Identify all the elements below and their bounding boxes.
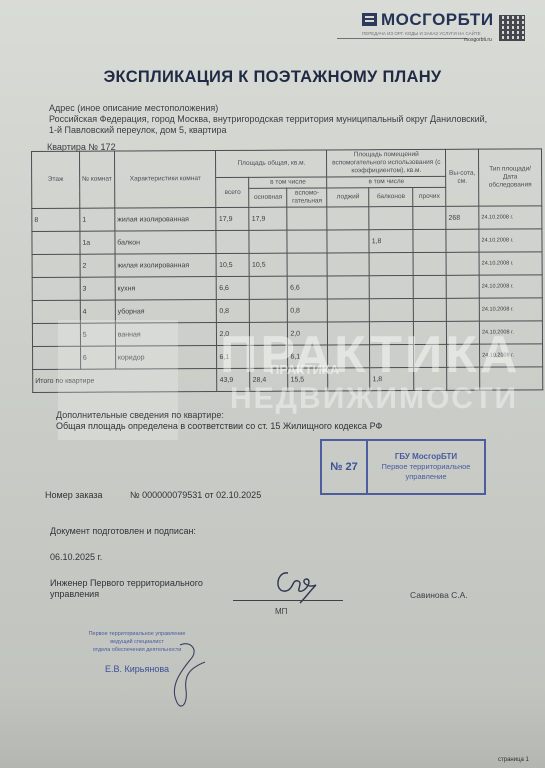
- copy-stamp-line1: Первое территориальное управление: [72, 630, 202, 638]
- cell-main: [250, 299, 288, 322]
- cell-date: 24.10.2008 г.: [480, 344, 543, 367]
- header-main: основная: [249, 188, 287, 207]
- cell-main: 17,9: [249, 207, 287, 230]
- header-incl: в том числе: [249, 177, 327, 188]
- cell-total: 6,1: [217, 345, 250, 368]
- logo-divider: [337, 38, 467, 39]
- stamp-number: № 27: [322, 441, 368, 493]
- stamp-org: ГБУ МосгорБТИ: [395, 452, 457, 462]
- cell-balcony: 1,8: [369, 230, 413, 253]
- cell-aux: 0,8: [288, 299, 328, 322]
- cell-floor: 8: [32, 208, 80, 231]
- totals-loggia: [328, 368, 370, 391]
- cell-balcony: [370, 298, 414, 321]
- totals-row: Итого по квартире 43,9 28,4 15,5 1,8: [33, 367, 543, 393]
- cell-aux: 2,0: [288, 322, 328, 345]
- cell-balcony: [369, 207, 413, 230]
- qr-code-icon: [499, 15, 525, 41]
- cell-aux: [287, 253, 327, 276]
- cell-loggia: [327, 276, 369, 299]
- cell-aux: 6,6: [288, 276, 328, 299]
- cell-date: 24.10.2008 г.: [479, 206, 542, 229]
- cell-no: 2: [80, 254, 115, 277]
- cell-desc: кухня: [115, 277, 217, 301]
- table-row: 1абалкон1,824.10.2008 г.: [32, 229, 542, 255]
- cell-aux: [287, 207, 327, 230]
- cell-desc: ванная: [115, 323, 217, 347]
- cell-desc: жилая изолированная: [115, 208, 217, 232]
- cell-total: 10,5: [217, 253, 250, 276]
- cell-other: [413, 298, 446, 321]
- cell-total: 2,0: [217, 322, 250, 345]
- cell-no: 4: [80, 300, 115, 323]
- signer-name: Савинова С.А.: [410, 590, 468, 600]
- cell-height: [446, 275, 479, 298]
- cell-height: [446, 229, 479, 252]
- header-loggia: лоджий: [327, 188, 369, 207]
- header-aux: вспомо-гательная: [287, 188, 327, 207]
- header-room-no: № комнат: [79, 151, 114, 208]
- cell-other: [413, 275, 446, 298]
- cell-balcony: [369, 275, 413, 298]
- cell-date: 24.10.2008 г.: [479, 229, 542, 252]
- cell-date: 24.10.2008 г.: [479, 298, 542, 321]
- cell-aux: [287, 230, 327, 253]
- cell-floor: [32, 277, 80, 300]
- cell-other: [414, 321, 447, 344]
- header-floor: Этаж: [32, 151, 80, 208]
- cell-main: [250, 276, 288, 299]
- address-line-1: Российская Федерация, город Москва, внут…: [49, 114, 529, 125]
- stamp-text: ГБУ МосгорБТИ Первое территориальное упр…: [368, 441, 484, 493]
- cell-floor: [32, 254, 80, 277]
- header-area-total: Площадь общая, кв.м.: [216, 150, 327, 178]
- cell-total: 6,6: [217, 276, 250, 299]
- cell-height: [446, 252, 479, 275]
- cell-other: [413, 229, 446, 252]
- cell-floor: [32, 300, 80, 323]
- cell-floor: [32, 323, 80, 346]
- cell-floor: [33, 346, 81, 369]
- header-height: Вы-сота, см.: [446, 149, 479, 206]
- totals-date: [480, 367, 543, 390]
- cell-balcony: [370, 344, 414, 367]
- cell-height: [446, 298, 479, 321]
- table-row: 81жилая изолированная17,917,926824.10.20…: [32, 206, 542, 232]
- cell-main: [250, 345, 288, 368]
- prepared-text: Документ подготовлен и подписан:: [50, 526, 196, 536]
- cell-height: [447, 321, 480, 344]
- cell-floor: [32, 231, 80, 254]
- cell-desc: уборная: [115, 300, 217, 324]
- document-title: ЭКСПЛИКАЦИЯ К ПОЭТАЖНОМУ ПЛАНУ: [0, 68, 545, 87]
- cell-main: 10,5: [249, 253, 287, 276]
- header-aux-incl: в том числе: [327, 176, 446, 188]
- cell-balcony: [369, 253, 413, 276]
- totals-main: 28,4: [250, 368, 288, 391]
- totals-balcony: 1,8: [370, 367, 414, 390]
- photo-shadow: [0, 690, 545, 768]
- address-block: Адрес (иное описание местоположения) Рос…: [49, 103, 529, 136]
- engineer-position: Инженер Первого территориального управле…: [50, 578, 230, 600]
- mosgorbti-logo: МОСГОРБТИ ПЕРЕДАЧА ИЗ ОРГ. КОДЫ И ЗАКАЗ …: [362, 10, 502, 50]
- table-row: 6коридор6,16,124.10.2008 г.: [33, 344, 543, 370]
- cell-aux: 6,1: [288, 345, 328, 368]
- cell-no: 6: [80, 346, 115, 369]
- cell-total: 0,8: [217, 299, 250, 322]
- cell-date: 24.10.2008 г.: [479, 252, 542, 275]
- table-row: 5ванная2,02,024.10.2008 г.: [32, 321, 542, 347]
- totals-total: 43,9: [217, 368, 250, 391]
- cell-balcony: [370, 321, 414, 344]
- totals-label: Итого по квартире: [33, 369, 218, 393]
- signature-line: [233, 600, 343, 601]
- table-row: 3кухня6,66,624.10.2008 г.: [32, 275, 542, 301]
- header-total: всего: [216, 177, 249, 207]
- cell-desc: коридор: [115, 346, 217, 370]
- building-icon: [362, 13, 377, 26]
- logo-text: МОСГОРБТИ: [381, 10, 494, 30]
- header-other: прочих: [413, 187, 446, 206]
- cell-date: 24.10.2008 г.: [479, 275, 542, 298]
- stamp-line3: управление: [405, 472, 446, 482]
- cell-total: [216, 230, 249, 253]
- extra-info-text: Общая площадь определена в соответствии …: [56, 421, 382, 431]
- cell-no: 3: [80, 277, 115, 300]
- cell-other: [413, 252, 446, 275]
- cell-desc: балкон: [115, 231, 217, 255]
- cell-loggia: [327, 207, 369, 230]
- cell-desc: жилая изолированная: [115, 254, 217, 278]
- cell-height: 268: [446, 206, 479, 229]
- cell-loggia: [328, 299, 370, 322]
- explication-table: Этаж № комнат Характеристики комнат Площ…: [31, 148, 543, 393]
- totals-aux: 15,5: [288, 368, 328, 391]
- stamp-mark: МП: [275, 607, 287, 616]
- logo-subtitle: ПЕРЕДАЧА ИЗ ОРГ. КОДЫ И ЗАКАЗ УСЛУГИ НА …: [362, 31, 481, 36]
- cell-no: 1а: [80, 231, 115, 254]
- bti-stamp: № 27 ГБУ МосгорБТИ Первое территориально…: [320, 439, 486, 495]
- header-aux-area: Площадь помещений вспомогательного испол…: [327, 149, 446, 177]
- cell-no: 1: [80, 208, 115, 231]
- cell-no: 5: [80, 323, 115, 346]
- cell-loggia: [327, 253, 369, 276]
- totals-other: [414, 367, 447, 390]
- stamp-line2: Первое территориальное: [382, 462, 471, 472]
- order-value: № 000000079531 от 02.10.2025: [130, 490, 261, 500]
- cell-other: [413, 206, 446, 229]
- cell-loggia: [328, 345, 370, 368]
- table-row: 2жилая изолированная10,510,524.10.2008 г…: [32, 252, 542, 278]
- prepared-date: 06.10.2025 г.: [50, 552, 102, 562]
- cell-date: 24.10.2008 г.: [479, 321, 542, 344]
- cell-height: [447, 344, 480, 367]
- cell-total: 17,9: [216, 207, 249, 230]
- logo-site: mosgorbti.ru: [464, 37, 492, 43]
- cell-loggia: [327, 230, 369, 253]
- cell-other: [414, 344, 447, 367]
- header-room-desc: Характеристики комнат: [114, 151, 216, 209]
- cell-main: [249, 230, 287, 253]
- header-balcony: балконов: [369, 188, 413, 207]
- cell-loggia: [328, 322, 370, 345]
- extra-info-heading: Дополнительные сведения по квартире:: [56, 410, 224, 420]
- totals-height: [447, 367, 480, 390]
- table-row: 4уборная0,80,824.10.2008 г.: [32, 298, 542, 324]
- order-label: Номер заказа: [45, 490, 103, 500]
- signature-icon: [272, 565, 332, 605]
- address-label: Адрес (иное описание местоположения): [49, 103, 529, 114]
- header-type-date: Тип площади/ Дата обследования: [479, 149, 542, 206]
- address-line-2: 1-й Павловский переулок, дом 5, квартира: [49, 125, 529, 136]
- cell-main: [250, 322, 288, 345]
